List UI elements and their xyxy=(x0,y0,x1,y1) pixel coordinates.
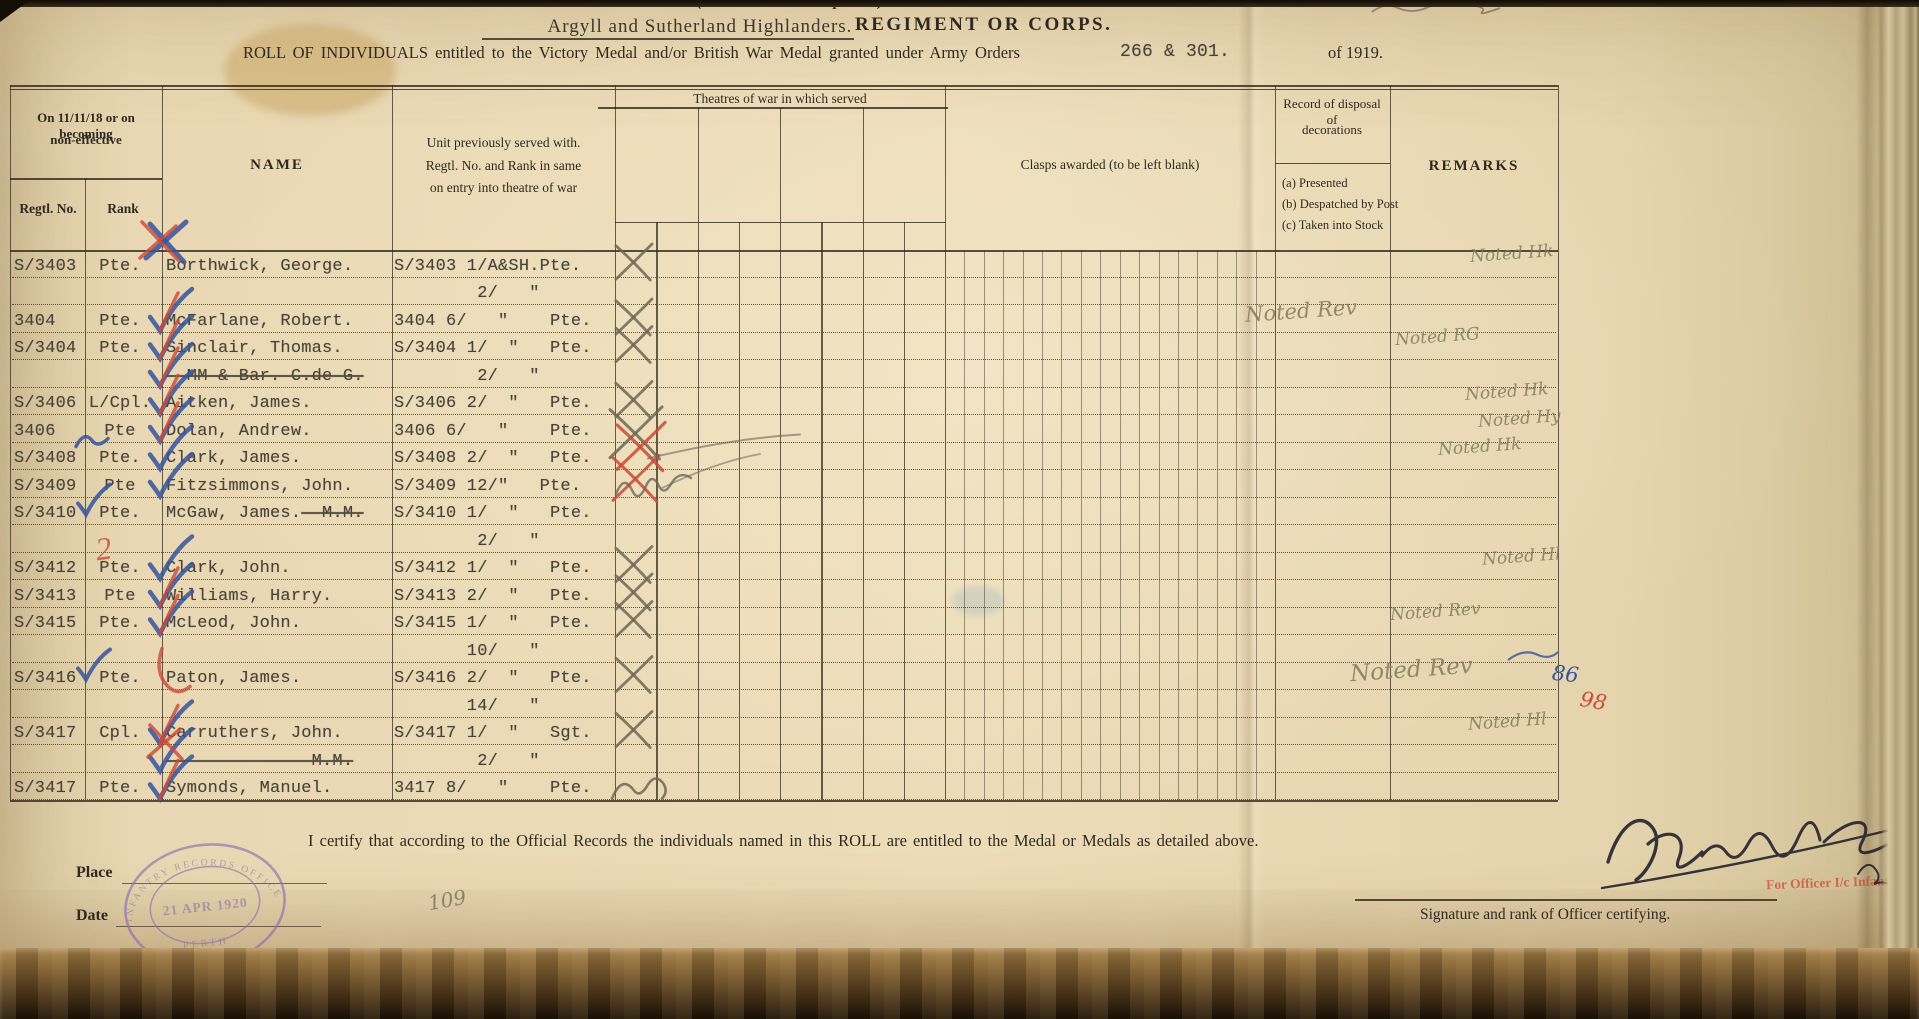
date-label: Date xyxy=(76,907,108,925)
name: Carruthers, John. xyxy=(166,724,343,743)
unit-previously-served: S/3410 1/ " Pte. xyxy=(394,504,592,523)
regtl-no: 3404 xyxy=(14,312,56,331)
col-remarks: REMARKS xyxy=(1390,158,1558,175)
place-line xyxy=(122,883,327,884)
col-theatres: Theatres of war in which served xyxy=(615,91,945,107)
table-row: S/3417Cpl.Carruthers, John.S/3417 1/ " S… xyxy=(0,718,1558,746)
table-row: S/3409PteFitzsimmons, John.S/3409 12/" P… xyxy=(0,470,1558,498)
rank: L/Cpl. xyxy=(88,394,152,413)
unit-previously-served: 2/ " xyxy=(394,532,540,551)
table-rule-horizontal xyxy=(10,89,1558,90)
rank: Cpl. xyxy=(88,724,152,743)
unit-previously-served: S/3408 2/ " Pte. xyxy=(394,449,592,468)
unit-previously-served: 2/ " xyxy=(394,752,540,771)
regtl-no: 3406 xyxy=(14,422,56,441)
table-row: S/3406L/Cpl.Aitken, James.S/3406 2/ " Pt… xyxy=(0,388,1558,416)
unit-previously-served: S/3412 1/ " Pte. xyxy=(394,559,592,578)
col-clasps: Clasps awarded (to be left blank) xyxy=(950,157,1270,173)
signature-caption: Signature and rank of Officer certifying… xyxy=(1420,906,1670,924)
place-label: Place xyxy=(76,864,112,882)
unit-previously-served: 3404 6/ " Pte. xyxy=(394,312,592,331)
col-disposal-a: (a) Presented xyxy=(1282,176,1348,191)
col-unit-3: on entry into theatre of war xyxy=(392,180,615,196)
unit-previously-served: 10/ " xyxy=(394,642,540,661)
rank: Pte. xyxy=(88,614,152,633)
margin-number-blue: 86 xyxy=(1551,661,1580,688)
name: MM & Bar. C.de G. xyxy=(166,367,364,386)
name: Symonds, Manuel. xyxy=(166,779,332,798)
table-rule-horizontal xyxy=(10,85,1558,87)
name: Paton, James. xyxy=(166,669,301,688)
table-row: S/3404Pte.Sinclair, Thomas.S/3404 1/ " P… xyxy=(0,333,1558,361)
struck-decoration-text: MM & Bar. C.de G. xyxy=(166,367,364,386)
table-rule-horizontal xyxy=(598,107,948,109)
table-rule-horizontal xyxy=(10,178,162,180)
rank: Pte. xyxy=(88,779,152,798)
col-disposal-b: (b) Despatched by Post xyxy=(1282,197,1398,212)
regtl-no: S/3406 xyxy=(14,394,76,413)
unit-previously-served: S/3409 12/" Pte. xyxy=(394,477,581,496)
rank: Pte. xyxy=(88,669,152,688)
table-rule-horizontal xyxy=(615,222,945,223)
unit-previously-served: S/3403 1/A&SH.Pte. xyxy=(394,257,581,276)
table-row: 3406PteDolan, Andrew.3406 6/ " Pte.Noted… xyxy=(0,415,1558,443)
table-row: 3404Pte.McFarlane, Robert.3404 6/ " Pte.… xyxy=(0,305,1558,333)
table-row: S/3412Pte.Clark, John.S/3412 1/ " Pte.No… xyxy=(0,553,1558,581)
regtl-no: S/3413 xyxy=(14,587,76,606)
margin-number-red: 98 xyxy=(1578,687,1608,715)
struck-decoration-text: M.M. xyxy=(301,504,363,523)
name: Fitzsimmons, John. xyxy=(166,477,353,496)
col-disposal-2: decorations xyxy=(1277,122,1387,138)
unit-previously-served: 2/ " xyxy=(394,284,540,303)
regtl-no: S/3410 xyxy=(14,504,76,523)
rank: Pte. xyxy=(88,504,152,523)
regtl-no: S/3404 xyxy=(14,339,76,358)
unit-previously-served: 3406 6/ " Pte. xyxy=(394,422,592,441)
name: Clark, James. xyxy=(166,449,301,468)
name: McGaw, James. M.M. xyxy=(166,504,364,523)
unit-previously-served: 2/ " xyxy=(394,367,540,386)
table-rule-horizontal xyxy=(10,800,1558,802)
date-line xyxy=(116,926,321,927)
regtl-no: S/3409 xyxy=(14,477,76,496)
rank: Pte. xyxy=(88,449,152,468)
table-row: S/3408Pte.Clark, James.S/3408 2/ " Pte.N… xyxy=(0,443,1558,471)
rank: Pte. xyxy=(88,339,152,358)
regtl-no: S/3416 xyxy=(14,669,76,688)
col-non-effective: non-effective xyxy=(12,132,160,148)
col-name: NAME xyxy=(162,157,392,174)
name: Dolan, Andrew. xyxy=(166,422,312,441)
regtl-no: S/3412 xyxy=(14,559,76,578)
name: Borthwick, George. xyxy=(166,257,353,276)
rank: Pte. xyxy=(88,559,152,578)
page-edges xyxy=(1877,7,1919,949)
scanned-medal-roll-photo: ( To be rendered in duplicate.) Argyll a… xyxy=(0,0,1919,1019)
remark-handwritten: Noted Hy xyxy=(1477,406,1561,432)
table-row: 14/ " xyxy=(0,690,1558,718)
table-rule-vertical xyxy=(1558,85,1559,800)
col-regtl-no: Regtl. No. xyxy=(12,201,84,217)
table-row: MM & Bar. C.de G. 2/ " xyxy=(0,360,1558,388)
name: McLeod, John. xyxy=(166,614,301,633)
table-row: S/3413PteWilliams, Harry.S/3413 2/ " Pte… xyxy=(0,580,1558,608)
col-unit-2: Regtl. No. and Rank in same xyxy=(392,158,615,174)
table-rule-horizontal xyxy=(1275,163,1390,164)
regtl-no: S/3415 xyxy=(14,614,76,633)
name: Williams, Harry. xyxy=(166,587,332,606)
regtl-no: S/3403 xyxy=(14,257,76,276)
col-unit-1: Unit previously served with. xyxy=(392,135,615,151)
unit-previously-served: 3417 8/ " Pte. xyxy=(394,779,592,798)
unit-previously-served: 14/ " xyxy=(394,697,540,716)
unit-previously-served: S/3404 1/ " Pte. xyxy=(394,339,592,358)
signature-line xyxy=(1355,899,1777,901)
name: Aitken, James. xyxy=(166,394,312,413)
regtl-no: S/3417 xyxy=(14,724,76,743)
photo-top-edge xyxy=(0,0,1919,7)
regtl-no: S/3408 xyxy=(14,449,76,468)
table-row: S/3417Pte.Symonds, Manuel.3417 8/ " Pte. xyxy=(0,773,1558,801)
name: McFarlane, Robert. xyxy=(166,312,353,331)
table-row: 2/ " xyxy=(0,525,1558,553)
unit-previously-served: S/3406 2/ " Pte. xyxy=(394,394,592,413)
table-row: S/3403Pte.Borthwick, George.S/3403 1/A&S… xyxy=(0,250,1558,278)
col-disposal-c: (c) Taken into Stock xyxy=(1282,218,1383,233)
unit-previously-served: S/3413 2/ " Pte. xyxy=(394,587,592,606)
rank: Pte xyxy=(88,587,152,606)
rank: Pte xyxy=(88,477,152,496)
struck-decoration-text: M.M. xyxy=(166,752,353,771)
desk-surface xyxy=(0,948,1919,1019)
rank: Pte. xyxy=(88,312,152,331)
col-rank: Rank xyxy=(88,201,158,217)
rank: Pte. xyxy=(88,257,152,276)
unit-previously-served: S/3417 1/ " Sgt. xyxy=(394,724,592,743)
regtl-no: S/3417 xyxy=(14,779,76,798)
rank: Pte xyxy=(88,422,152,441)
name: M.M. xyxy=(166,752,353,771)
name: Sinclair, Thomas. xyxy=(166,339,343,358)
table-row: 10/ " xyxy=(0,635,1558,663)
table-row: M.M. 2/ " xyxy=(0,745,1558,773)
unit-previously-served: S/3416 2/ " Pte. xyxy=(394,669,592,688)
certification-text: I certify that according to the Official… xyxy=(308,831,1348,851)
name: Clark, John. xyxy=(166,559,291,578)
unit-previously-served: S/3415 1/ " Pte. xyxy=(394,614,592,633)
table-row: S/3410Pte.McGaw, James. M.M.S/3410 1/ " … xyxy=(0,498,1558,526)
table-row: S/3415Pte.McLeod, John.S/3415 1/ " Pte.N… xyxy=(0,608,1558,636)
table-row: S/3416Pte.Paton, James.S/3416 2/ " Pte.N… xyxy=(0,663,1558,691)
